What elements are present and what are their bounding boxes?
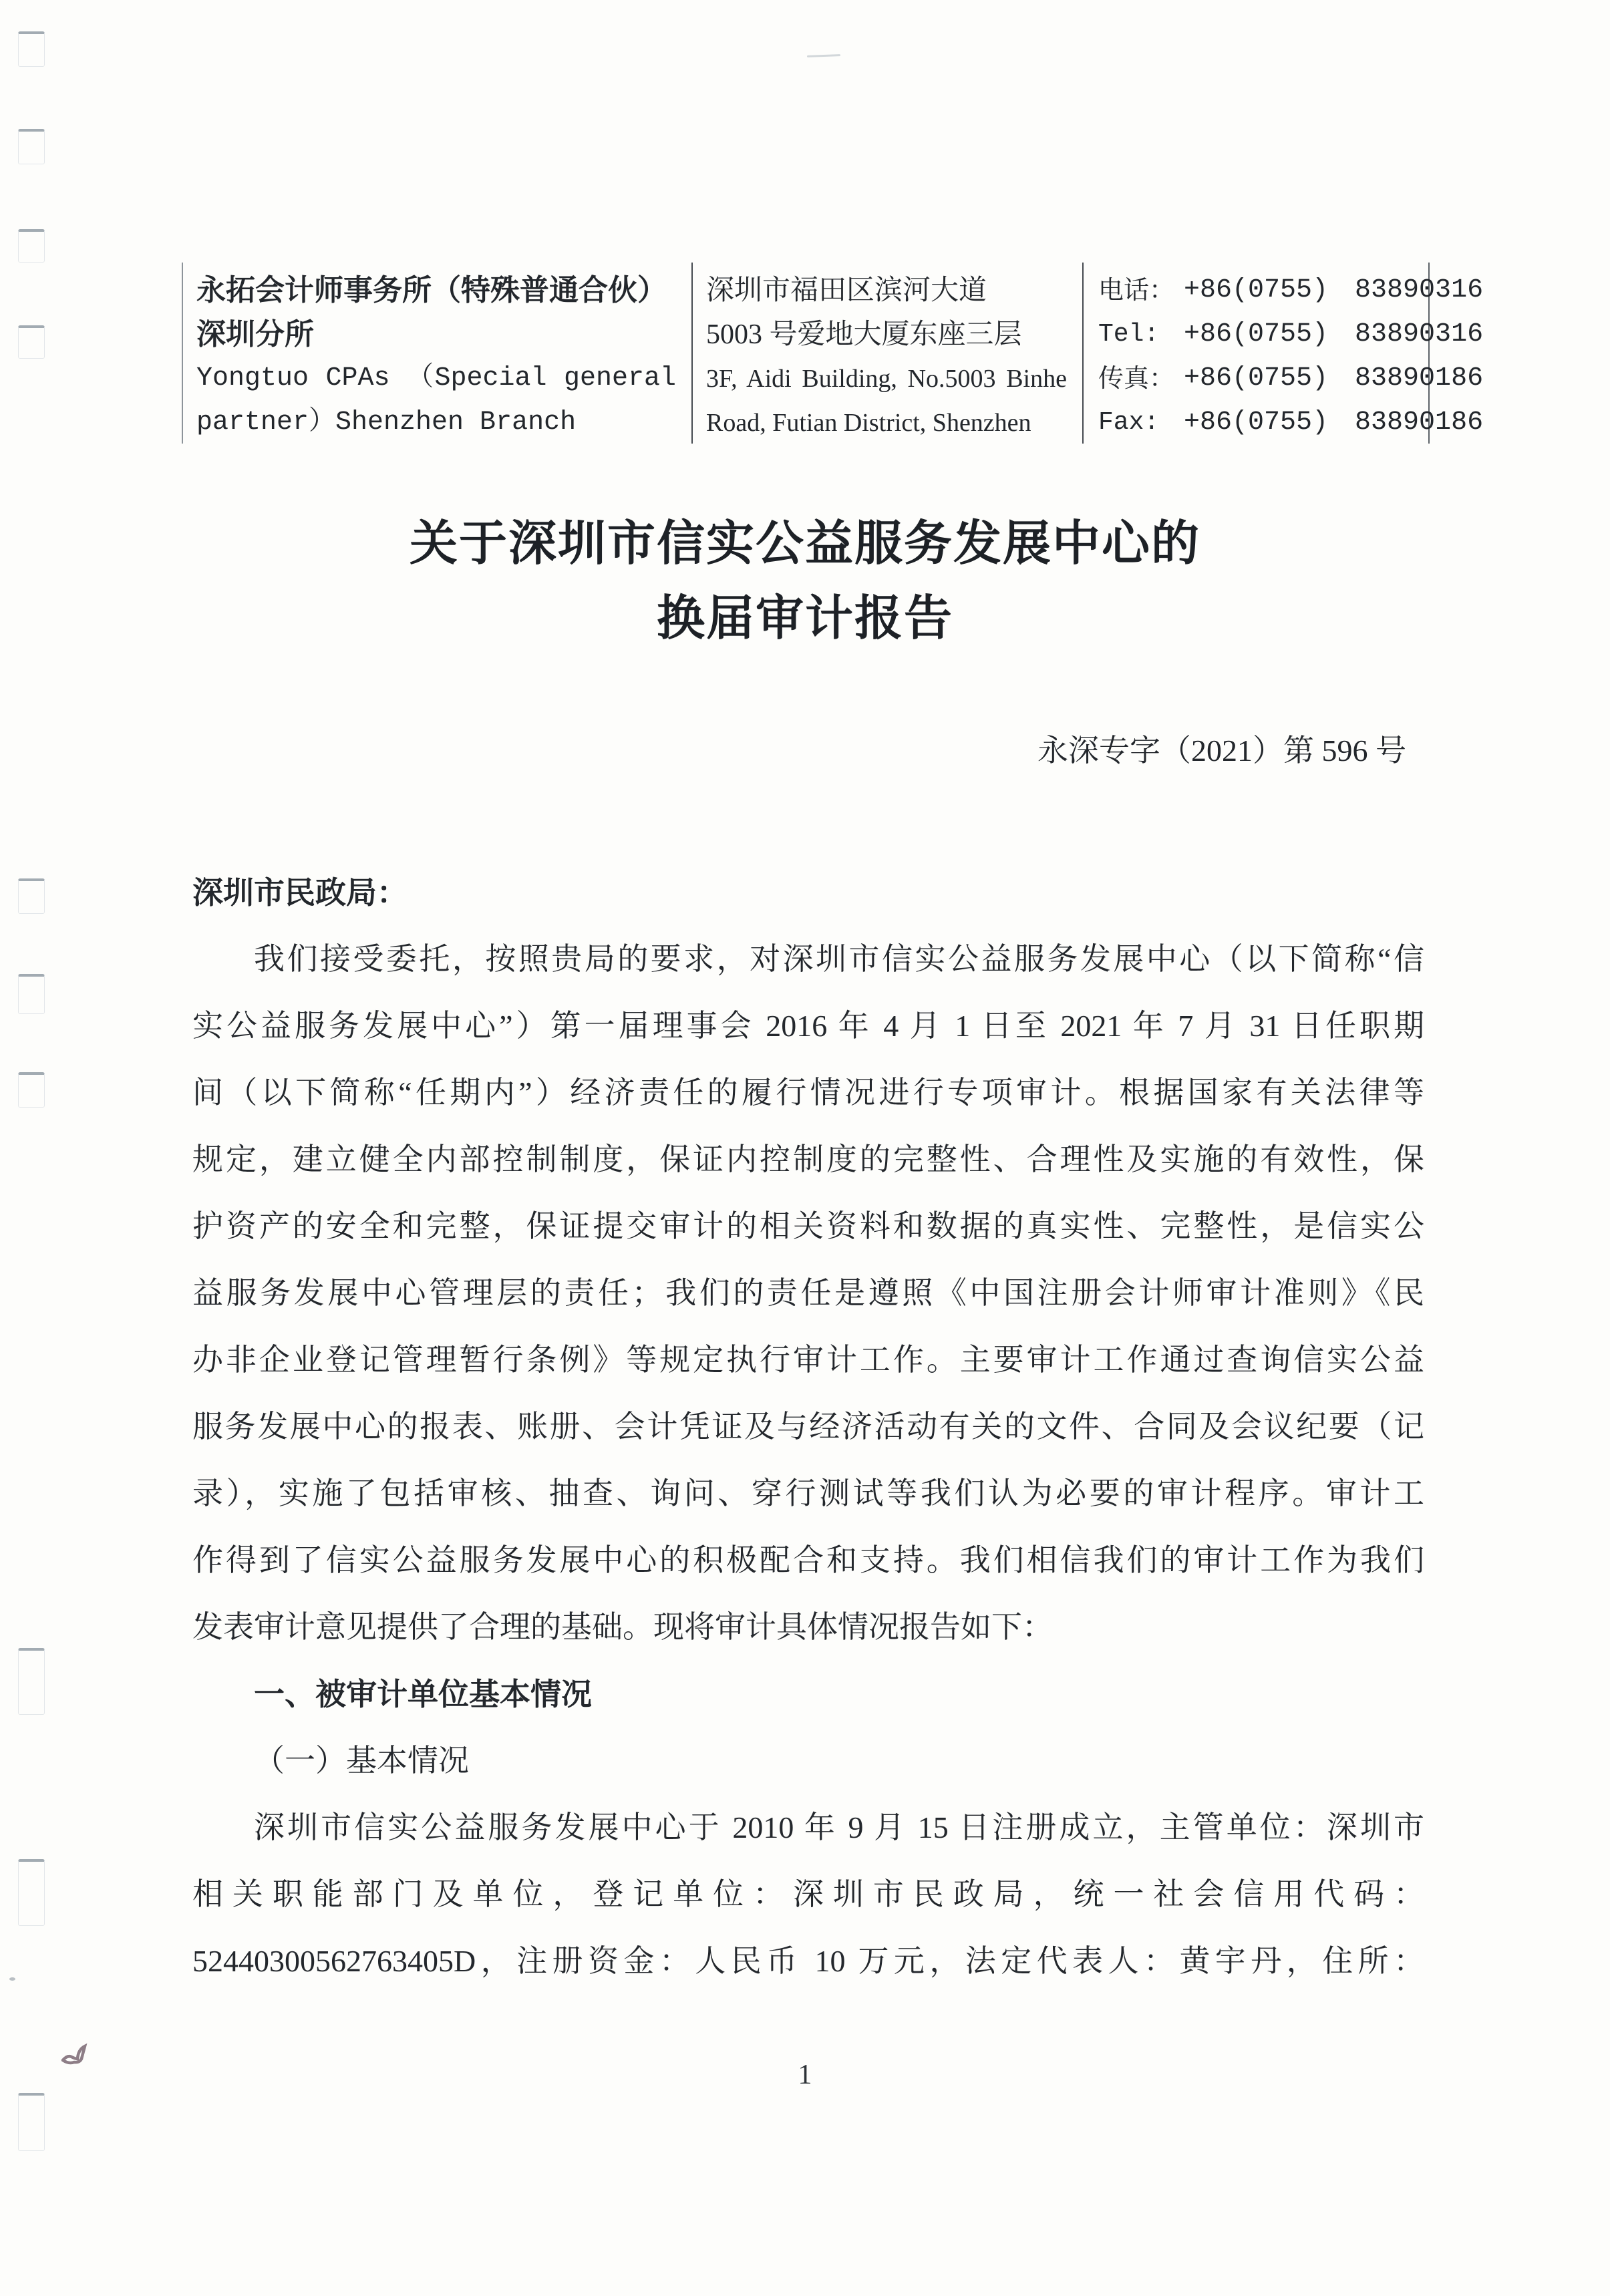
contact-row-fax-en: Fax: +86(0755) 83890186 xyxy=(1098,401,1419,445)
body-line: 我们接受委托，按照贵局的要求，对深圳市信实公益服务发展中心（以下简称“信 xyxy=(192,926,1424,993)
contact-row-phone-zh: 电话： +86(0755) 83890316 xyxy=(1098,269,1419,313)
body-line: 服务发展中心的报表、账册、会计凭证及与经济活动有关的文件、合同及会议纪要（记 xyxy=(192,1393,1424,1460)
firm-address-cell: 深圳市福田区滨河大道 5003 号爱地大厦东座三层 3F, Aidi Build… xyxy=(706,269,1067,448)
scan-dot-artifact xyxy=(9,1977,15,1981)
contact-value: +86(0755) 83890316 xyxy=(1184,269,1483,313)
binder-hole-artifact xyxy=(18,974,45,1014)
doc-number-line: 永深专字（2021）第 596 号 xyxy=(192,731,1424,771)
firm-name-cell: 永拓会计师事务所（特殊普通合伙） 深圳分所 Yongtuo CPAs （Spec… xyxy=(196,269,676,448)
contact-value: +86(0755) 83890316 xyxy=(1184,313,1483,357)
address-en: 3F, Aidi Building, No.5003 Binhe xyxy=(706,357,1067,401)
binder-hole-artifact xyxy=(18,1072,45,1108)
binder-hole-artifact xyxy=(18,31,45,67)
body-line: 52440300562763405D，注册资金：人民币 10 万元，法定代表人：… xyxy=(192,1928,1424,1995)
report-title-line2: 换届审计报告 xyxy=(0,581,1610,656)
contact-label: 电话： xyxy=(1098,269,1184,313)
binder-hole-artifact xyxy=(18,129,45,164)
contact-label: Tel: xyxy=(1098,313,1184,357)
firm-name-zh: 深圳分所 xyxy=(196,313,676,357)
binder-hole-artifact xyxy=(18,2093,45,2151)
binder-hole-artifact xyxy=(18,325,45,359)
report-body: 深圳市民政局： 我们接受委托，按照贵局的要求，对深圳市信实公益服务发展中心（以下… xyxy=(192,859,1424,1995)
body-line: 规定，建立健全内部控制制度，保证内控制度的完整性、合理性及实施的有效性，保 xyxy=(192,1126,1424,1193)
report-title: 关于深圳市信实公益服务发展中心的 换届审计报告 xyxy=(0,506,1610,656)
body-line: 护资产的安全和完整，保证提交审计的相关资料和数据的真实性、完整性，是信实公 xyxy=(192,1193,1424,1260)
firm-name-en: Yongtuo CPAs （Special general xyxy=(196,357,676,401)
body-line: 深圳市信实公益服务发展中心于 2010 年 9 月 15 日注册成立，主管单位：… xyxy=(192,1794,1424,1861)
body-line: 相关职能部门及单位，登记单位：深圳市民政局，统一社会信用代码： xyxy=(192,1861,1424,1928)
body-line: 发表审计意见提供了合理的基础。现将审计具体情况报告如下： xyxy=(192,1594,1424,1661)
contact-row-phone-en: Tel: +86(0755) 83890316 xyxy=(1098,313,1419,357)
address-zh: 5003 号爱地大厦东座三层 xyxy=(706,313,1067,357)
binder-hole-artifact xyxy=(18,1859,45,1926)
address-en: Road, Futian District, Shenzhen xyxy=(706,401,1067,445)
doc-number: 永深专字（2021）第 596 号 xyxy=(1037,733,1406,768)
body-line: 录），实施了包括审核、抽查、询问、穿行测试等我们认为必要的审计程序。审计工 xyxy=(192,1460,1424,1527)
contact-label: 传真： xyxy=(1098,357,1184,401)
scan-smudge-artifact xyxy=(807,54,840,57)
letterhead-left-border xyxy=(182,263,183,444)
section-heading: 一、被审计单位基本情况 xyxy=(192,1661,1424,1728)
scanned-audit-report-page: 永拓会计师事务所（特殊普通合伙） 深圳分所 Yongtuo CPAs （Spec… xyxy=(0,0,1610,2296)
contact-label: Fax: xyxy=(1098,401,1184,445)
body-line: 作得到了信实公益服务发展中心的积极配合和支持。我们相信我们的审计工作为我们 xyxy=(192,1527,1424,1594)
subsection-heading: （一）基本情况 xyxy=(192,1728,1424,1794)
report-title-line1: 关于深圳市信实公益服务发展中心的 xyxy=(0,506,1610,581)
letterhead-divider xyxy=(691,263,693,444)
firm-name-en: partner）Shenzhen Branch xyxy=(196,401,676,445)
body-line: 益服务发展中心管理层的责任；我们的责任是遵照《中国注册会计师审计准则》《民 xyxy=(192,1260,1424,1327)
body-line: 实公益服务发展中心”）第一届理事会 2016 年 4 月 1 日至 2021 年… xyxy=(192,993,1424,1059)
page-number: 1 xyxy=(0,2055,1610,2095)
body-line: 办非企业登记管理暂行条例》等规定执行审计工作。主要审计工作通过查询信实公益 xyxy=(192,1327,1424,1393)
letterhead-divider xyxy=(1082,263,1084,444)
contact-value: +86(0755) 83890186 xyxy=(1184,401,1483,445)
salutation: 深圳市民政局： xyxy=(192,859,1424,926)
contact-value: +86(0755) 83890186 xyxy=(1184,357,1483,401)
letterhead: 永拓会计师事务所（特殊普通合伙） 深圳分所 Yongtuo CPAs （Spec… xyxy=(182,269,1430,448)
contact-row-fax-zh: 传真： +86(0755) 83890186 xyxy=(1098,357,1419,401)
binder-hole-artifact xyxy=(18,878,45,914)
firm-contact-cell: 电话： +86(0755) 83890316 Tel: +86(0755) 83… xyxy=(1098,269,1419,448)
address-zh: 深圳市福田区滨河大道 xyxy=(706,269,1067,313)
body-line: 间（以下简称“任期内”）经济责任的履行情况进行专项审计。根据国家有关法律等 xyxy=(192,1059,1424,1126)
binder-hole-artifact xyxy=(18,229,45,263)
binder-hole-artifact xyxy=(18,1648,45,1715)
firm-name-zh: 永拓会计师事务所（特殊普通合伙） xyxy=(196,269,676,313)
